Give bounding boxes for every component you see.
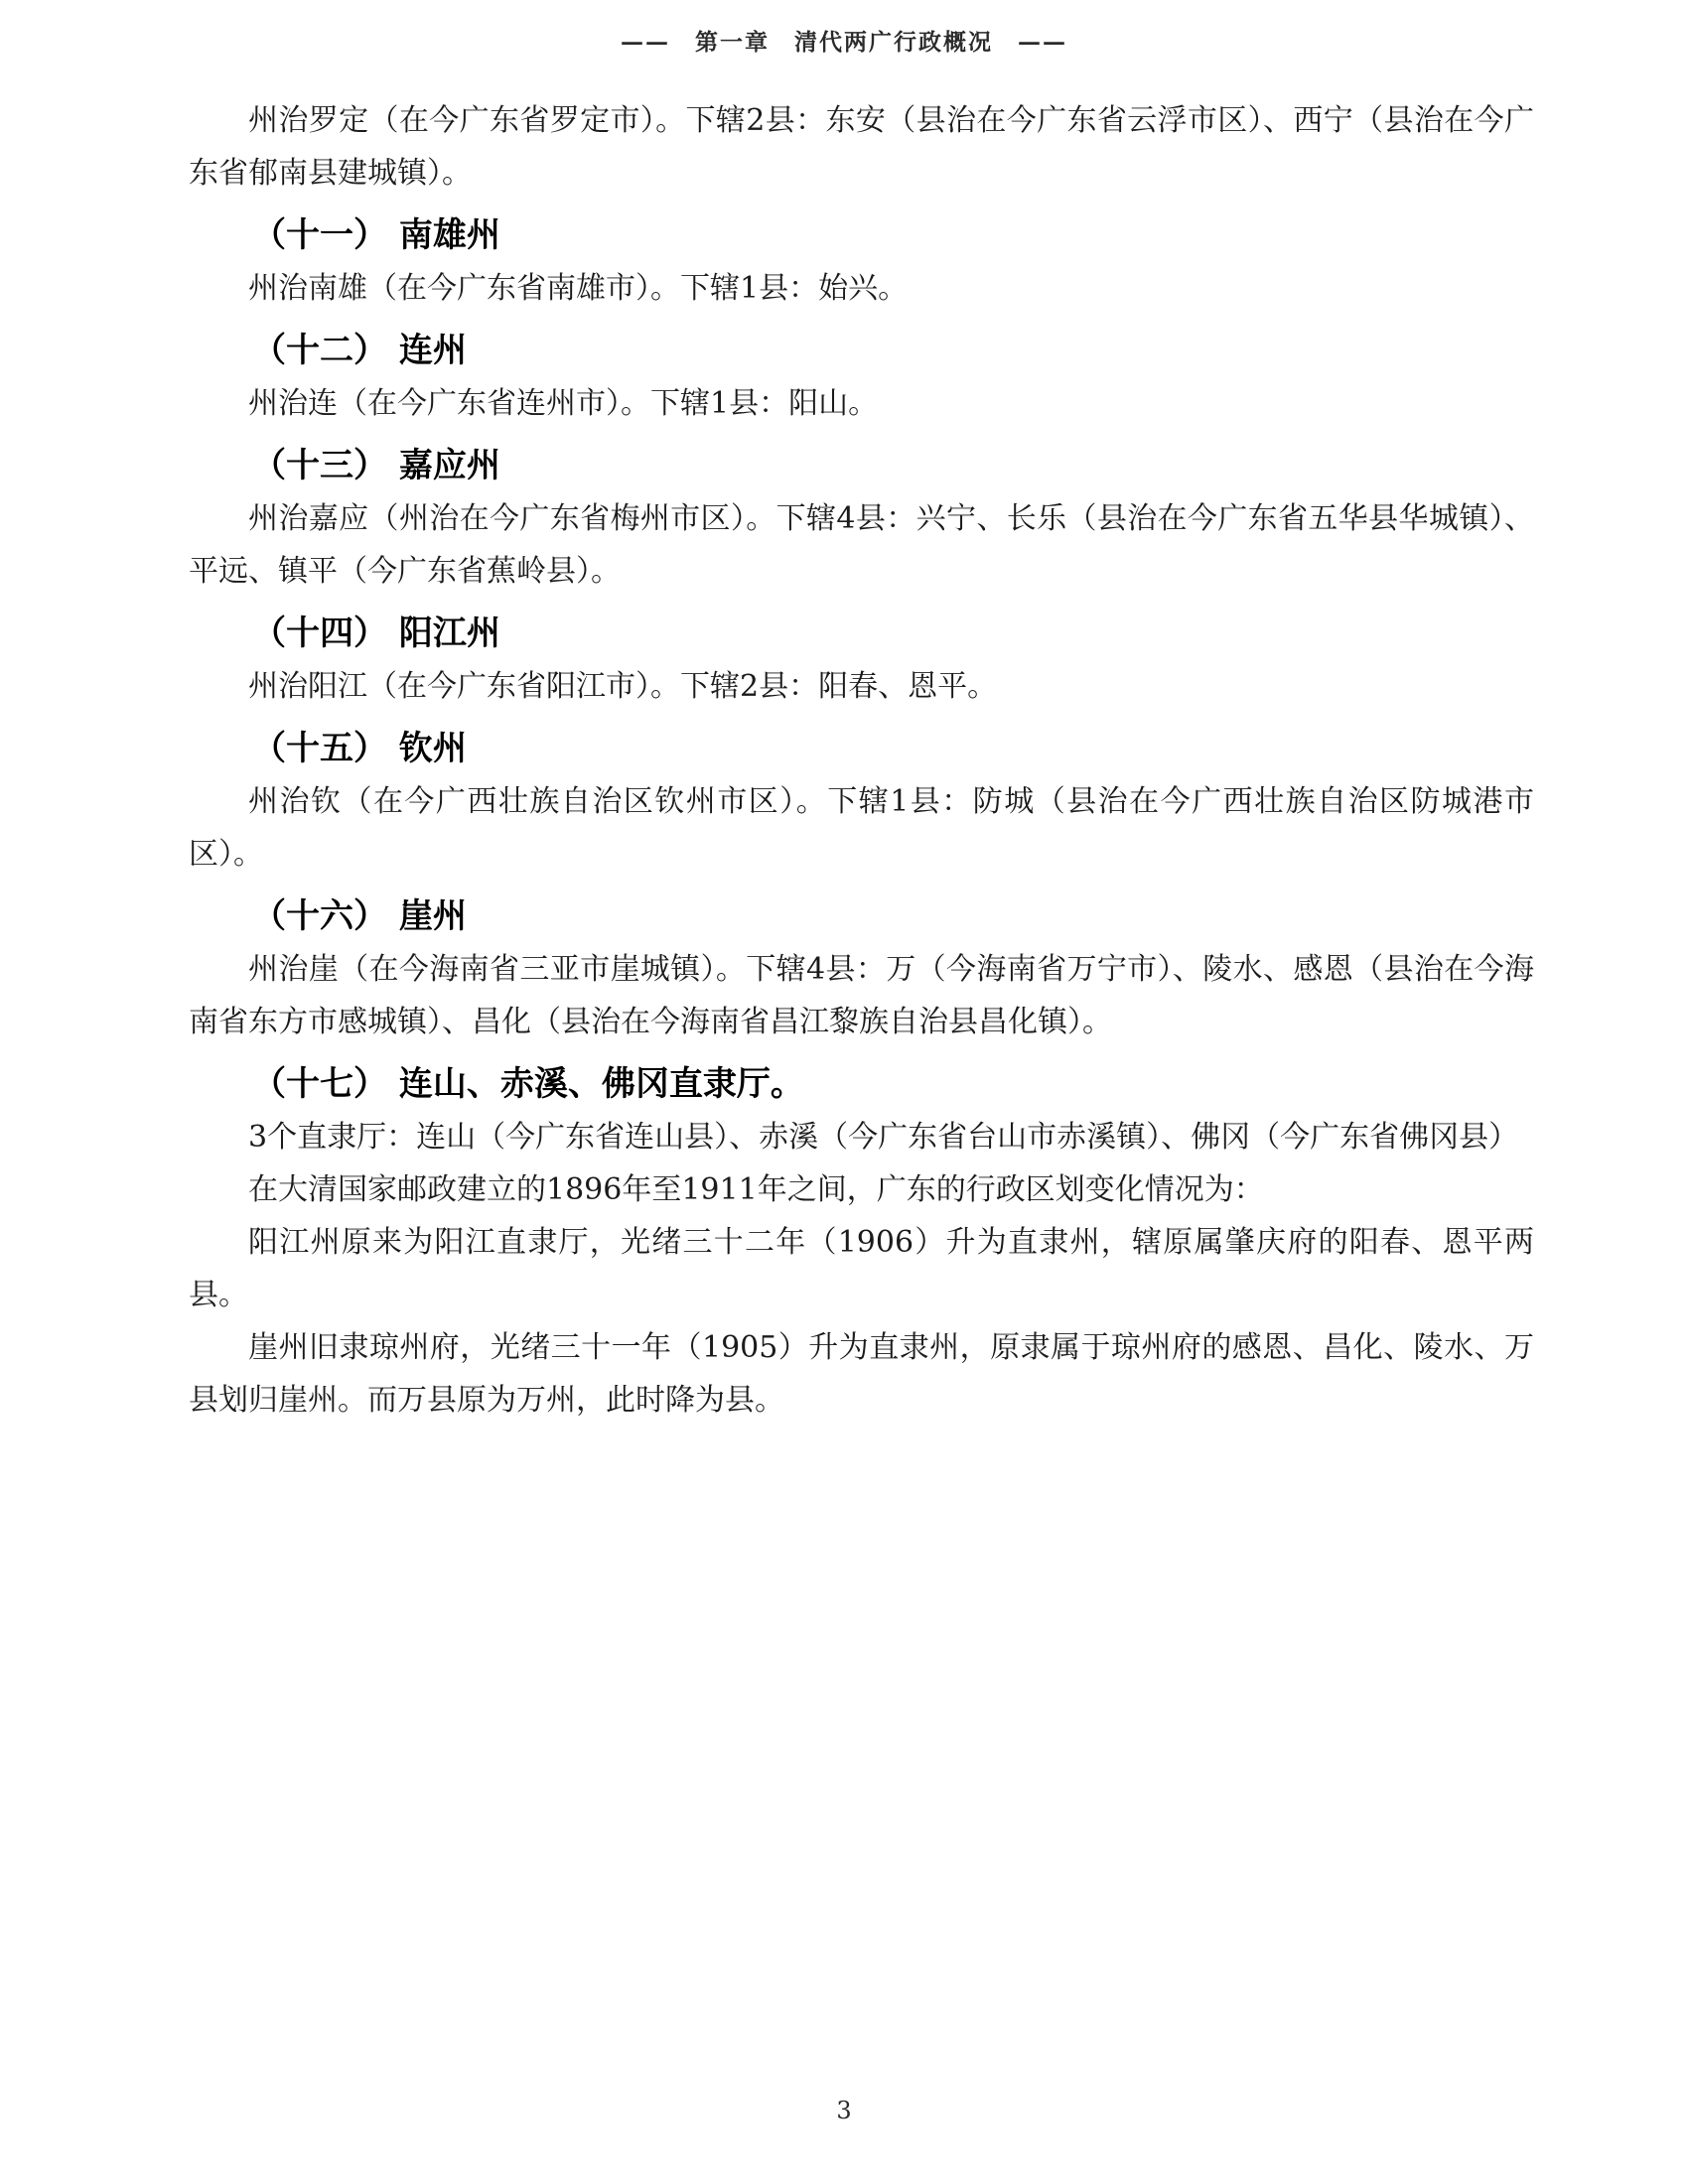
paragraph-yangjiang-change: 阳江州原来为阳江直隶厅，光绪三十二年（1906）升为直隶州，辖原属肇庆府的阳春、… (189, 1216, 1534, 1321)
paragraph-yazhou-change: 崖州旧隶琼州府，光绪三十一年（1905）升为直隶州，原隶属于琼州府的感恩、昌化、… (189, 1321, 1534, 1427)
section-heading-17-zhili-ting: （十七） 连山、赤溪、佛冈直隶厅。 (189, 1058, 1534, 1111)
document-page: —— 第一章 清代两广行政概况 —— 州治罗定（在今广东省罗定市）。下辖2县：东… (0, 0, 1688, 2184)
paragraph-yazhou-counties: 州治崖（在今海南省三亚市崖城镇）。下辖4县：万（今海南省万宁市）、陵水、感恩（县… (189, 943, 1534, 1048)
paragraph-yangjiang-counties: 州治阳江（在今广东省阳江市）。下辖2县：阳春、恩平。 (189, 660, 1534, 713)
section-heading-13-jiaying: （十三） 嘉应州 (189, 440, 1534, 492)
paragraph-qinzhou-counties: 州治钦（在今广西壮族自治区钦州市区）。下辖1县：防城（县治在今广西壮族自治区防城… (189, 775, 1534, 881)
paragraph-postal-period-intro: 在大清国家邮政建立的1896年至1911年之间，广东的行政区划变化情况为： (189, 1163, 1534, 1216)
paragraph-zhili-ting-list: 3个直隶厅：连山（今广东省连山县）、赤溪（今广东省台山市赤溪镇）、佛冈（今广东省… (189, 1111, 1534, 1163)
section-heading-12-lianzhou: （十二） 连州 (189, 325, 1534, 377)
paragraph-lianzhou-counties: 州治连（在今广东省连州市）。下辖1县：阳山。 (189, 377, 1534, 430)
section-heading-14-yangjiang: （十四） 阳江州 (189, 608, 1534, 660)
section-heading-15-qinzhou: （十五） 钦州 (189, 723, 1534, 775)
section-heading-16-yazhou: （十六） 崖州 (189, 890, 1534, 943)
page-number: 3 (0, 2097, 1688, 2124)
running-header: —— 第一章 清代两广行政概况 —— (0, 24, 1688, 57)
paragraph-luoding-counties: 州治罗定（在今广东省罗定市）。下辖2县：东安（县治在今广东省云浮市区）、西宁（县… (189, 94, 1534, 200)
paragraph-nanxiong-counties: 州治南雄（在今广东省南雄市）。下辖1县：始兴。 (189, 262, 1534, 315)
document-body: 州治罗定（在今广东省罗定市）。下辖2县：东安（县治在今广东省云浮市区）、西宁（县… (189, 94, 1534, 1427)
paragraph-jiaying-counties: 州治嘉应（州治在今广东省梅州市区）。下辖4县：兴宁、长乐（县治在今广东省五华县华… (189, 492, 1534, 598)
section-heading-11-nanxiong: （十一） 南雄州 (189, 209, 1534, 262)
